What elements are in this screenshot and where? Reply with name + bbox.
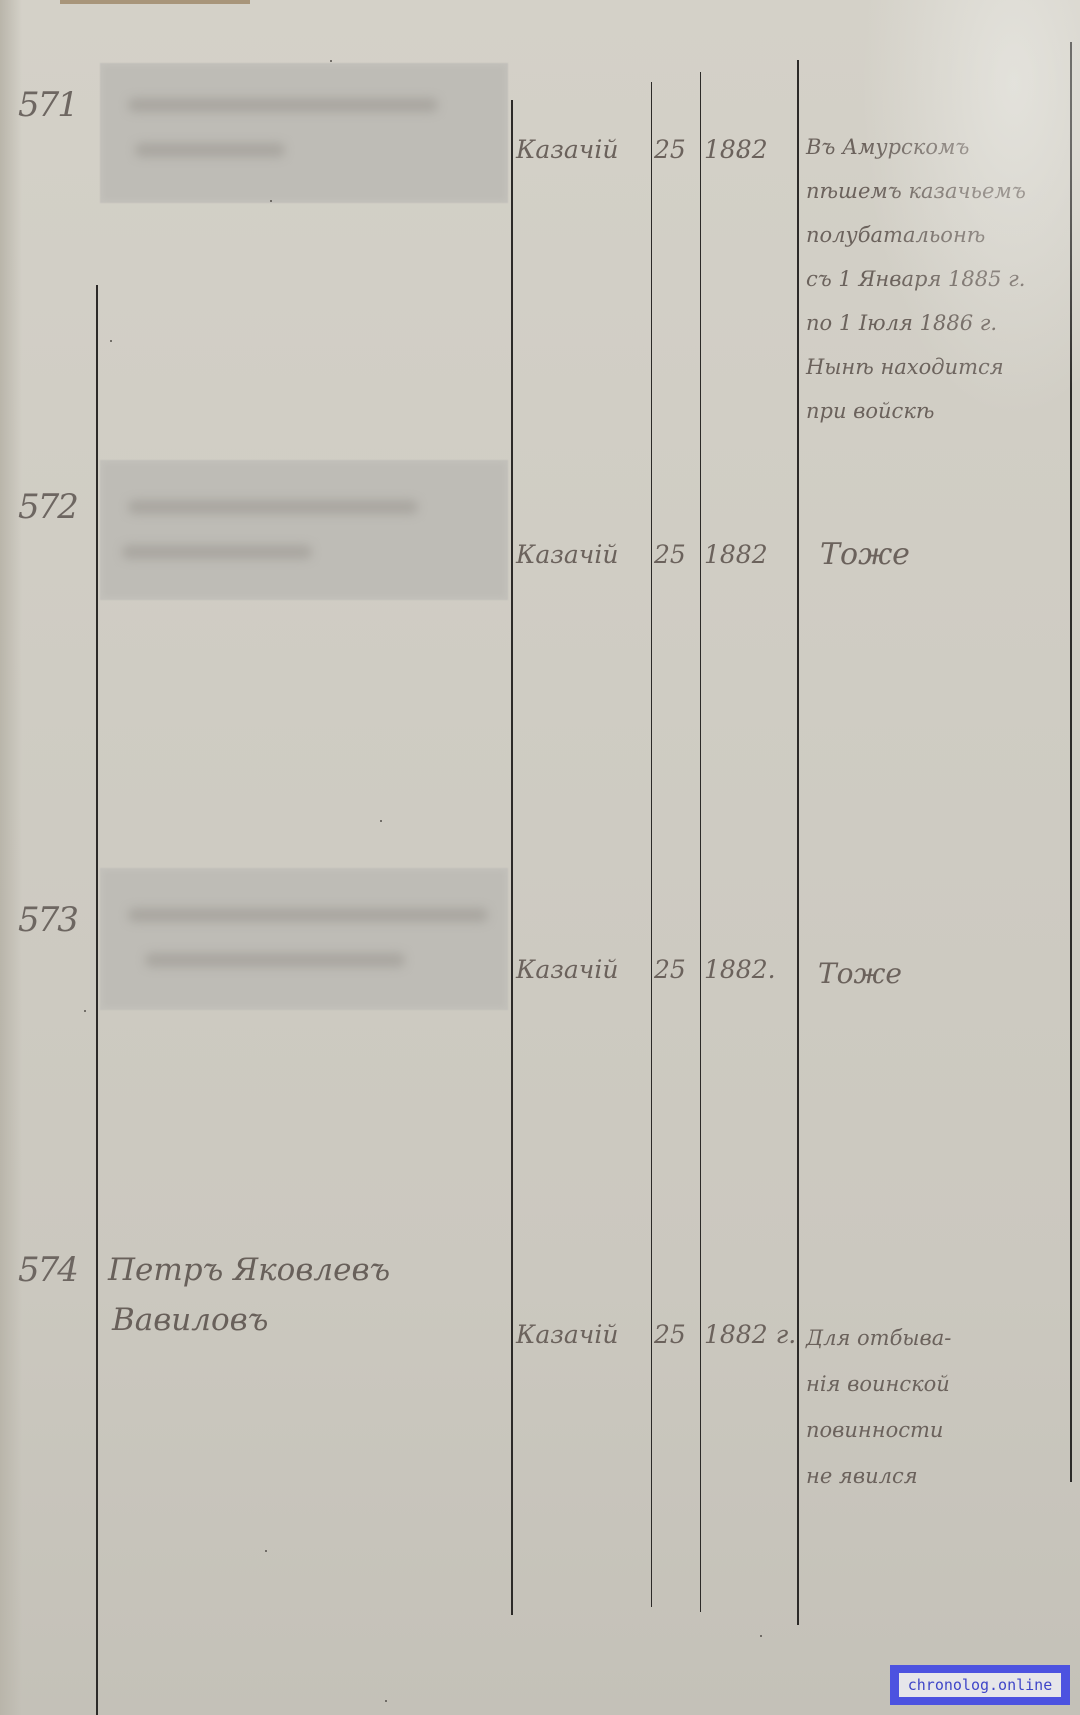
entry-estate: Казачій xyxy=(516,1320,618,1349)
rule-page-right xyxy=(1070,42,1072,1482)
entry-remarks: Для отбыва- нія воинской повинности не я… xyxy=(806,1315,1070,1499)
paper-speck xyxy=(84,1010,86,1012)
register-page: 571 Казачій 25 1882 Въ Амурскомъ пѣшемъ … xyxy=(0,0,1080,1715)
rule-age-left xyxy=(651,82,652,1607)
entry-age: 25 xyxy=(654,955,686,984)
entry-remarks: Въ Амурскомъ пѣшемъ казачьемъ полубаталь… xyxy=(806,125,1070,433)
entry-number: 573 xyxy=(18,900,93,940)
entry-year: 1882 г. xyxy=(704,1320,796,1349)
redacted-name xyxy=(100,868,508,1010)
paper-speck xyxy=(265,1550,267,1552)
rule-name-left xyxy=(96,285,98,1715)
paper-speck xyxy=(760,1635,762,1637)
entry-age: 25 xyxy=(654,540,686,569)
rule-remarks-left xyxy=(797,60,799,1625)
paper-speck xyxy=(330,60,332,62)
entry-estate: Казачій xyxy=(516,955,618,984)
paper-speck xyxy=(380,820,382,822)
entry-remarks: Тоже xyxy=(820,533,1080,577)
watermark-text: chronolog.online xyxy=(899,1673,1061,1697)
entry-age: 25 xyxy=(654,135,686,164)
entry-estate: Казачій xyxy=(516,540,618,569)
entry-number: 571 xyxy=(18,85,93,125)
entry-remarks: Тоже xyxy=(818,952,1080,996)
entry-year: 1882 xyxy=(704,135,768,164)
paper-speck xyxy=(385,1700,387,1702)
entry-number: 574 xyxy=(18,1250,93,1290)
paper-speck xyxy=(740,155,742,157)
page-edge-strip xyxy=(60,0,250,4)
paper-speck xyxy=(270,200,272,202)
rule-estate-left xyxy=(511,100,513,1615)
redacted-name xyxy=(100,460,508,600)
entry-year: 1882 xyxy=(704,540,768,569)
redacted-name xyxy=(100,63,508,203)
entry-year: 1882. xyxy=(704,955,776,984)
watermark-badge: chronolog.online xyxy=(890,1665,1070,1705)
rule-year-left xyxy=(700,72,701,1612)
paper-speck xyxy=(110,340,112,342)
entry-name: Петръ Яковлевъ Вавиловъ xyxy=(108,1245,390,1345)
entry-estate: Казачій xyxy=(516,135,618,164)
entry-age: 25 xyxy=(654,1320,686,1349)
entry-number: 572 xyxy=(18,487,93,527)
